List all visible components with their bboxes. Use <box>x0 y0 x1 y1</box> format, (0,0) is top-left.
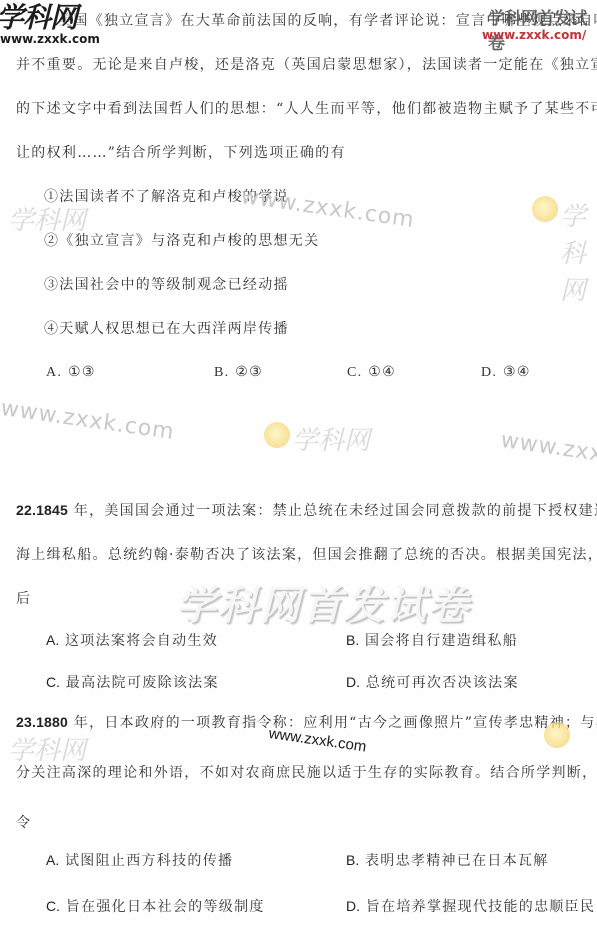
question-text: 的下述文字中看到法国哲人们的思想：“人人生而平等，他们都被造物主赋予了某些不可转 <box>16 101 597 117</box>
option-text: ③④ <box>503 364 531 380</box>
option-a[interactable]: A. 这项法案将会自动生效 <box>46 630 218 650</box>
statement-4: ④天赋人权思想已在大西洋两岸传播 <box>44 318 289 338</box>
question-number: 23. <box>16 714 36 730</box>
option-label: A. <box>46 852 59 868</box>
mascot-icon <box>264 422 290 448</box>
question-text: 年，美国国会通过一项法案：禁止总统在未经过国会同意拨款的前提下授权建造 <box>74 503 597 519</box>
exam-page: 美国《独立宣言》在大革命前法国的反响，有学者评论说：宣言中哪些观点来自哪里 并不… <box>0 0 597 931</box>
option-d[interactable]: D. 旨在培养掌握现代技能的忠顺臣民 <box>346 896 595 916</box>
question-22-line-1: 22.1845 年，美国国会通过一项法案：禁止总统在未经过国会同意拨款的前提下授… <box>16 500 597 520</box>
option-c[interactable]: C. ①④ <box>347 364 396 381</box>
option-label: C. <box>46 898 60 914</box>
option-label: A. <box>46 632 59 648</box>
question-text: 令 <box>16 815 31 831</box>
option-label: B. <box>214 365 229 380</box>
question-year: 1880 <box>36 714 68 730</box>
question-year: 1845 <box>36 502 68 518</box>
statement-3: ③法国社会中的等级制观念已经动摇 <box>44 274 289 294</box>
question-text: 分关注高深的理论和外语，不如对农商庶民施以适于生存的实际教育。结合所学判断，该指 <box>16 765 597 781</box>
option-text: ①④ <box>368 364 396 380</box>
question-21-line-3: 的下述文字中看到法国哲人们的思想：“人人生而平等，他们都被造物主赋予了某些不可转 <box>16 98 597 118</box>
option-text: 总统可再次否决该法案 <box>366 675 519 691</box>
option-d[interactable]: D. 总统可再次否决该法案 <box>346 672 519 692</box>
question-23-line-1: 23.1880 年，日本政府的一项教育指令称：应利用“古今之画像照片”宣传孝忠精… <box>16 712 597 732</box>
option-text: ②③ <box>235 364 263 380</box>
question-text: 后 <box>16 591 31 607</box>
question-text: 让的权利……”结合所学判断，下列选项正确的有 <box>16 145 346 161</box>
watermark-url-top-left: www.zxxk.com <box>0 32 100 46</box>
option-c[interactable]: C. 旨在强化日本社会的等级制度 <box>46 896 265 916</box>
option-d[interactable]: D. ③④ <box>481 364 531 381</box>
question-text: 美国《独立宣言》在大革命前法国的反响，有学者评论说：宣言中哪些观点来自哪里 <box>58 13 597 29</box>
option-text: 旨在培养掌握现代技能的忠顺臣民 <box>366 899 596 915</box>
watermark-url-diagonal: www.zxxk.com <box>0 396 176 445</box>
option-text: 这项法案将会自动生效 <box>65 633 218 649</box>
option-label: D. <box>346 898 360 914</box>
option-label: A. <box>46 365 62 380</box>
option-a[interactable]: A. ①③ <box>46 364 96 381</box>
question-23-line-3: 令 <box>16 812 31 832</box>
option-label: B. <box>346 632 359 648</box>
option-text: 国会将自行建造缉私船 <box>365 633 518 649</box>
question-text: 海上缉私船。总统约翰·泰勒否决了该法案，但国会推翻了总统的否决。根据美国宪法，随 <box>16 547 597 563</box>
question-22-line-3: 后 <box>16 588 31 608</box>
option-b[interactable]: B. ②③ <box>214 364 263 381</box>
watermark-faint-logo-center: 学科网 <box>292 420 370 457</box>
mascot-icon <box>532 196 558 222</box>
option-label: B. <box>346 852 359 868</box>
watermark-url-diagonal: www.zxxk.com <box>499 428 597 477</box>
option-label: C. <box>46 674 60 690</box>
statement-1: ①法国读者不了解洛克和卢梭的学说 <box>44 186 289 206</box>
watermark-center-banner: 学科网首发试卷 <box>176 574 470 631</box>
question-text: 年，日本政府的一项教育指令称：应利用“古今之画像照片”宣传孝忠精神；与其过 <box>74 715 597 731</box>
question-21-line-2: 并不重要。无论是来自卢梭，还是洛克（英国启蒙思想家），法国读者一定能在《独立宣言… <box>16 54 597 74</box>
option-label: D. <box>481 365 497 380</box>
option-b[interactable]: B. 表明忠孝精神已在日本瓦解 <box>346 850 549 870</box>
watermark-faint-logo-right: 学科网 <box>560 196 597 307</box>
option-label: C. <box>347 365 362 380</box>
question-number: 22. <box>16 502 36 518</box>
question-text: 并不重要。无论是来自卢梭，还是洛克（英国启蒙思想家），法国读者一定能在《独立宣言… <box>16 57 597 73</box>
option-c[interactable]: C. 最高法院可废除该法案 <box>46 672 219 692</box>
question-23-line-2: 分关注高深的理论和外语，不如对农商庶民施以适于生存的实际教育。结合所学判断，该指 <box>16 762 597 782</box>
option-text: 最高法院可废除该法案 <box>66 675 219 691</box>
option-b[interactable]: B. 国会将自行建造缉私船 <box>346 630 518 650</box>
option-text: 表明忠孝精神已在日本瓦解 <box>365 853 549 869</box>
option-text: 试图阻止西方科技的传播 <box>65 853 233 869</box>
option-a[interactable]: A. 试图阻止西方科技的传播 <box>46 850 233 870</box>
question-22-line-2: 海上缉私船。总统约翰·泰勒否决了该法案，但国会推翻了总统的否决。根据美国宪法，随 <box>16 544 597 564</box>
question-21-line-4: 让的权利……”结合所学判断，下列选项正确的有 <box>16 142 346 162</box>
option-text: ①③ <box>68 364 96 380</box>
question-21-line-1: 美国《独立宣言》在大革命前法国的反响，有学者评论说：宣言中哪些观点来自哪里 <box>58 10 597 30</box>
watermark-url-top-right: www.zxxk.com/ <box>482 28 586 42</box>
option-text: 旨在强化日本社会的等级制度 <box>66 899 265 915</box>
statement-2: ②《独立宣言》与洛克和卢梭的思想无关 <box>44 230 319 250</box>
option-label: D. <box>346 674 360 690</box>
